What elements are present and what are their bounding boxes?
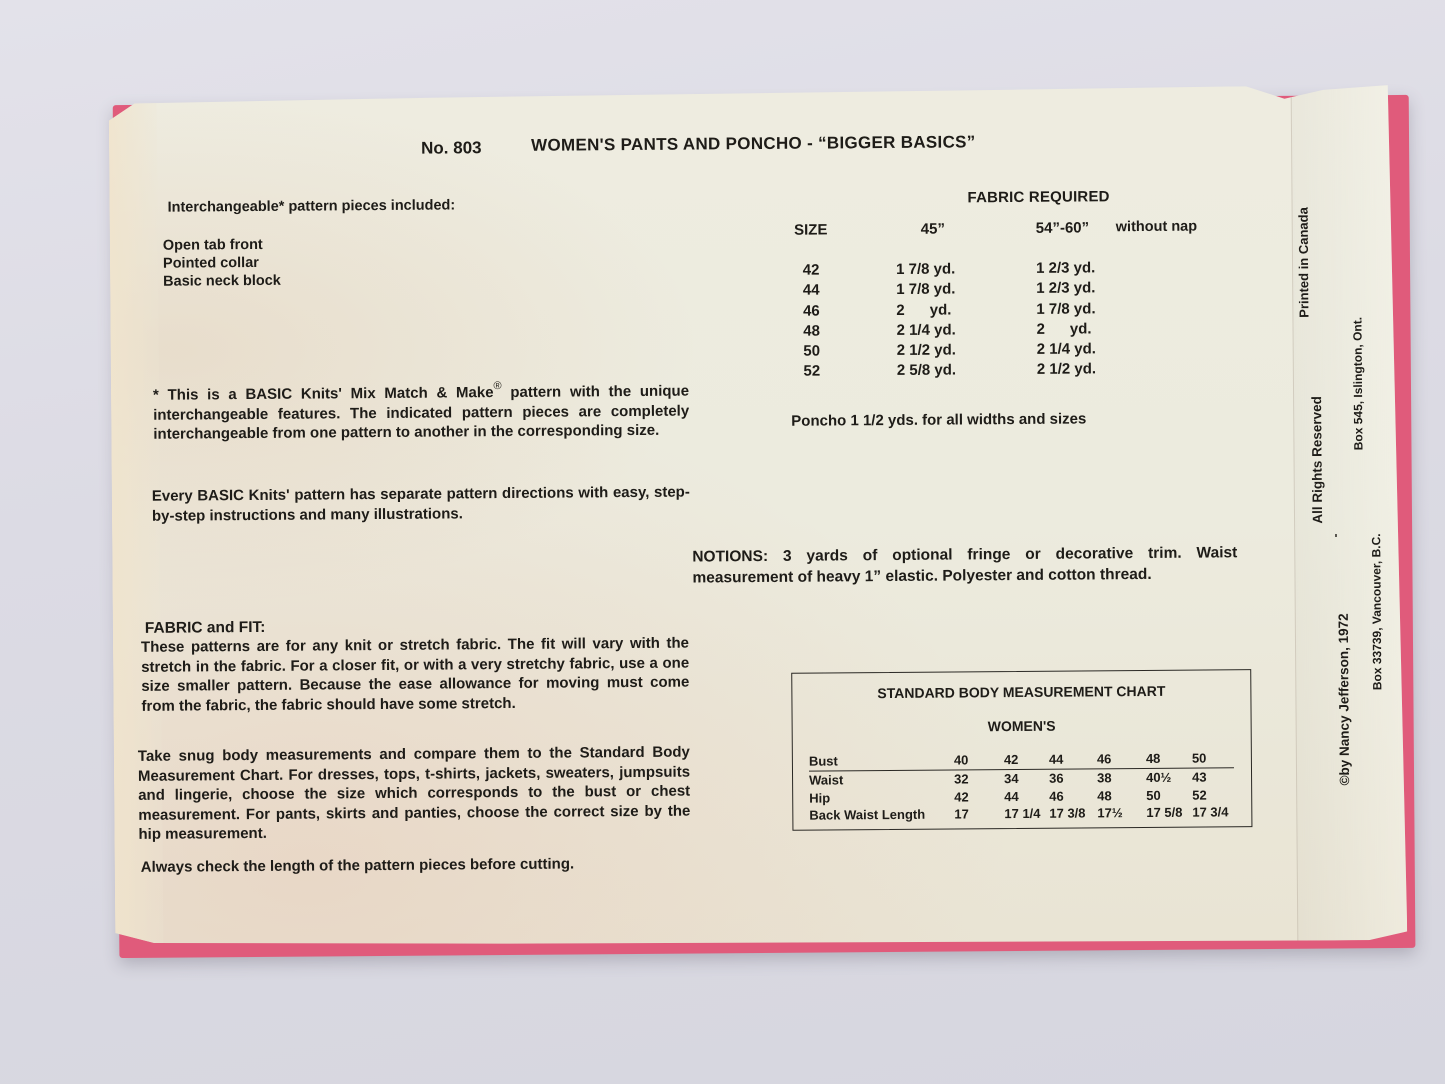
envelope-back-paper: No. 803 WOMEN'S PANTS AND PONCHO - “BIGG… xyxy=(109,85,1408,950)
piece-item: Pointed collar xyxy=(163,254,281,273)
measurement-value: 44 xyxy=(1004,788,1019,803)
every-pattern-note: Every BASIC Knits' pattern has separate … xyxy=(152,483,690,526)
measurement-value: 17½ xyxy=(1097,805,1122,820)
pieces-list: Open tab front Pointed collar Basic neck… xyxy=(163,236,281,291)
measurement-value: 36 xyxy=(1049,771,1064,786)
measurement-label: Waist xyxy=(809,772,843,787)
pattern-number: No. 803 xyxy=(421,138,482,158)
address-vancouver: Box 33739, Vancouver, B.C. xyxy=(1369,533,1384,690)
basic-knits-note: * This is a BASIC Knits' Mix Match & Mak… xyxy=(153,382,689,445)
measurement-value: 48 xyxy=(1146,751,1161,766)
measurement-advice-paragraph: Take snug body measurements and compare … xyxy=(138,743,691,845)
measurement-value: 38 xyxy=(1097,770,1112,785)
side-dash: - xyxy=(1328,533,1342,537)
piece-item: Basic neck block xyxy=(163,272,281,291)
measurement-value: 52 xyxy=(1192,787,1207,802)
measurement-label: Back Waist Length xyxy=(809,807,925,823)
measurement-value: 46 xyxy=(1049,788,1064,803)
cutting-advice: Always check the length of the pattern p… xyxy=(141,855,575,875)
measurement-value: 17 5/8 xyxy=(1146,805,1182,820)
piece-item: Open tab front xyxy=(163,236,281,255)
measurement-value: 17 3/8 xyxy=(1049,805,1085,820)
measurement-value: 50 xyxy=(1146,787,1161,802)
measurement-label: Hip xyxy=(809,790,830,805)
measurement-value: 43 xyxy=(1192,770,1207,785)
fabric-fit-heading: FABRIC and FIT: xyxy=(145,619,266,638)
rights-reserved: All Rights Reserved xyxy=(1309,396,1325,524)
copyright-notice: ©by Nancy Jefferson, 1972 xyxy=(1336,613,1352,785)
measurement-value: 40½ xyxy=(1146,770,1171,785)
measurement-value: 32 xyxy=(954,771,969,786)
measurement-row: Back Waist Length1717 1/417 3/817½17 5/8… xyxy=(809,804,1234,825)
pattern-title: WOMEN'S PANTS AND PONCHO - “BIGGER BASIC… xyxy=(531,132,976,155)
measurement-value: 17 xyxy=(954,806,969,821)
fabric-required-table: SIZE 45” 54”-60” without nap 421 7/8 yd.… xyxy=(786,222,787,384)
measurement-value: 42 xyxy=(1004,752,1019,767)
registered-mark: ® xyxy=(493,380,501,392)
measurement-chart-title: STANDARD BODY MEASUREMENT CHART xyxy=(792,682,1250,702)
pieces-heading: Interchangeable* pattern pieces included… xyxy=(167,197,455,215)
measurement-chart: STANDARD BODY MEASUREMENT CHART WOMEN'S … xyxy=(791,669,1252,831)
measurement-table: Bust404244464850Waist3234363840½43Hip424… xyxy=(809,750,1235,825)
measurement-value: 17 1/4 xyxy=(1004,806,1040,821)
poncho-note: Poncho 1 1/2 yds. for all widths and siz… xyxy=(791,410,1086,429)
notions-text: NOTIONS: 3 yards of optional fringe or d… xyxy=(692,542,1237,588)
measurement-row: Bust404244464850 xyxy=(809,750,1234,771)
printed-in-canada: Printed in Canada xyxy=(1296,207,1312,318)
measurement-value: 44 xyxy=(1049,752,1064,767)
address-islington: Box 545, Islington, Ont. xyxy=(1350,317,1365,450)
measurement-value: 46 xyxy=(1097,751,1112,766)
measurement-label: Bust xyxy=(809,753,838,768)
fabric-required-heading: FABRIC REQUIRED xyxy=(967,188,1109,206)
measurement-value: 40 xyxy=(954,752,969,767)
measurement-value: 50 xyxy=(1192,751,1207,766)
pattern-envelope: No. 803 WOMEN'S PANTS AND PONCHO - “BIGG… xyxy=(109,85,1416,950)
measurement-chart-subtitle: WOMEN'S xyxy=(793,716,1251,736)
fabric-fit-paragraph: These patterns are for any knit or stret… xyxy=(141,634,690,716)
measurement-value: 48 xyxy=(1097,788,1112,803)
measurement-value: 17 3/4 xyxy=(1192,804,1228,819)
measurement-value: 34 xyxy=(1004,771,1019,786)
measurement-value: 42 xyxy=(954,789,969,804)
